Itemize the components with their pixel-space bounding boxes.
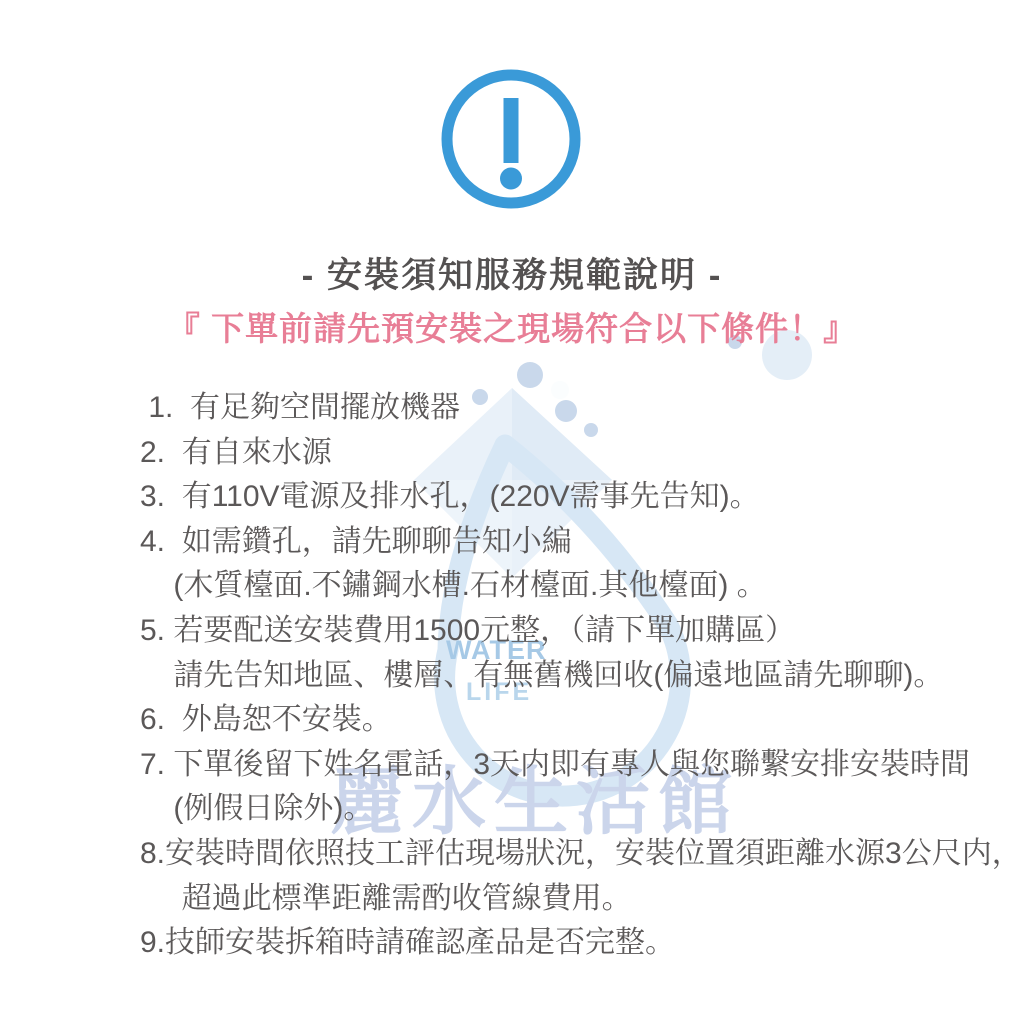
page-subtitle: 『 下單前請先預安裝之現場符合以下條件！』 [0, 303, 1024, 350]
notice-line: 8.安裝時間依照技工評估現場狀況，安裝位置須距離水源3公尺内， [140, 832, 940, 877]
notice-line: 4. 如需鑽孔，請先聊聊告知小編 [140, 520, 940, 565]
notice-line: 3. 有110V電源及排水孔，(220V需事先告知)。 [140, 475, 940, 520]
notice-line: 2. 有自來水源 [140, 431, 940, 476]
notice-line: 9.技師安裝拆箱時請確認產品是否完整。 [140, 921, 940, 966]
notice-line: 請先告知地區、樓層、有無舊機回收(偏遠地區請先聊聊)。 [140, 654, 940, 699]
notice-list: 1. 有足夠空間擺放機器2. 有自來水源3. 有110V電源及排水孔，(220V… [140, 386, 940, 966]
notice-line: 6. 外島恕不安裝。 [140, 698, 940, 743]
notice-line: 1. 有足夠空間擺放機器 [140, 386, 940, 431]
exclamation-circle-icon [436, 64, 586, 214]
notice-line: 7. 下單後留下姓名電話，3天内即有專人與您聯繫安排安裝時間 [140, 743, 940, 788]
notice-page: - 安裝須知服務規範說明 - 『 下單前請先預安裝之現場符合以下條件！』 1. … [0, 0, 1024, 1024]
page-title: - 安裝須知服務規範說明 - [0, 248, 1024, 298]
notice-line: (例假日除外)。 [140, 787, 940, 832]
notice-line: 超過此標準距離需酌收管線費用。 [140, 877, 940, 922]
notice-line: (木質檯面.不鏽鋼水槽.石材檯面.其他檯面) 。 [140, 564, 940, 609]
notice-line: 5. 若要配送安裝費用1500元整，（請下單加購區） [140, 609, 940, 654]
